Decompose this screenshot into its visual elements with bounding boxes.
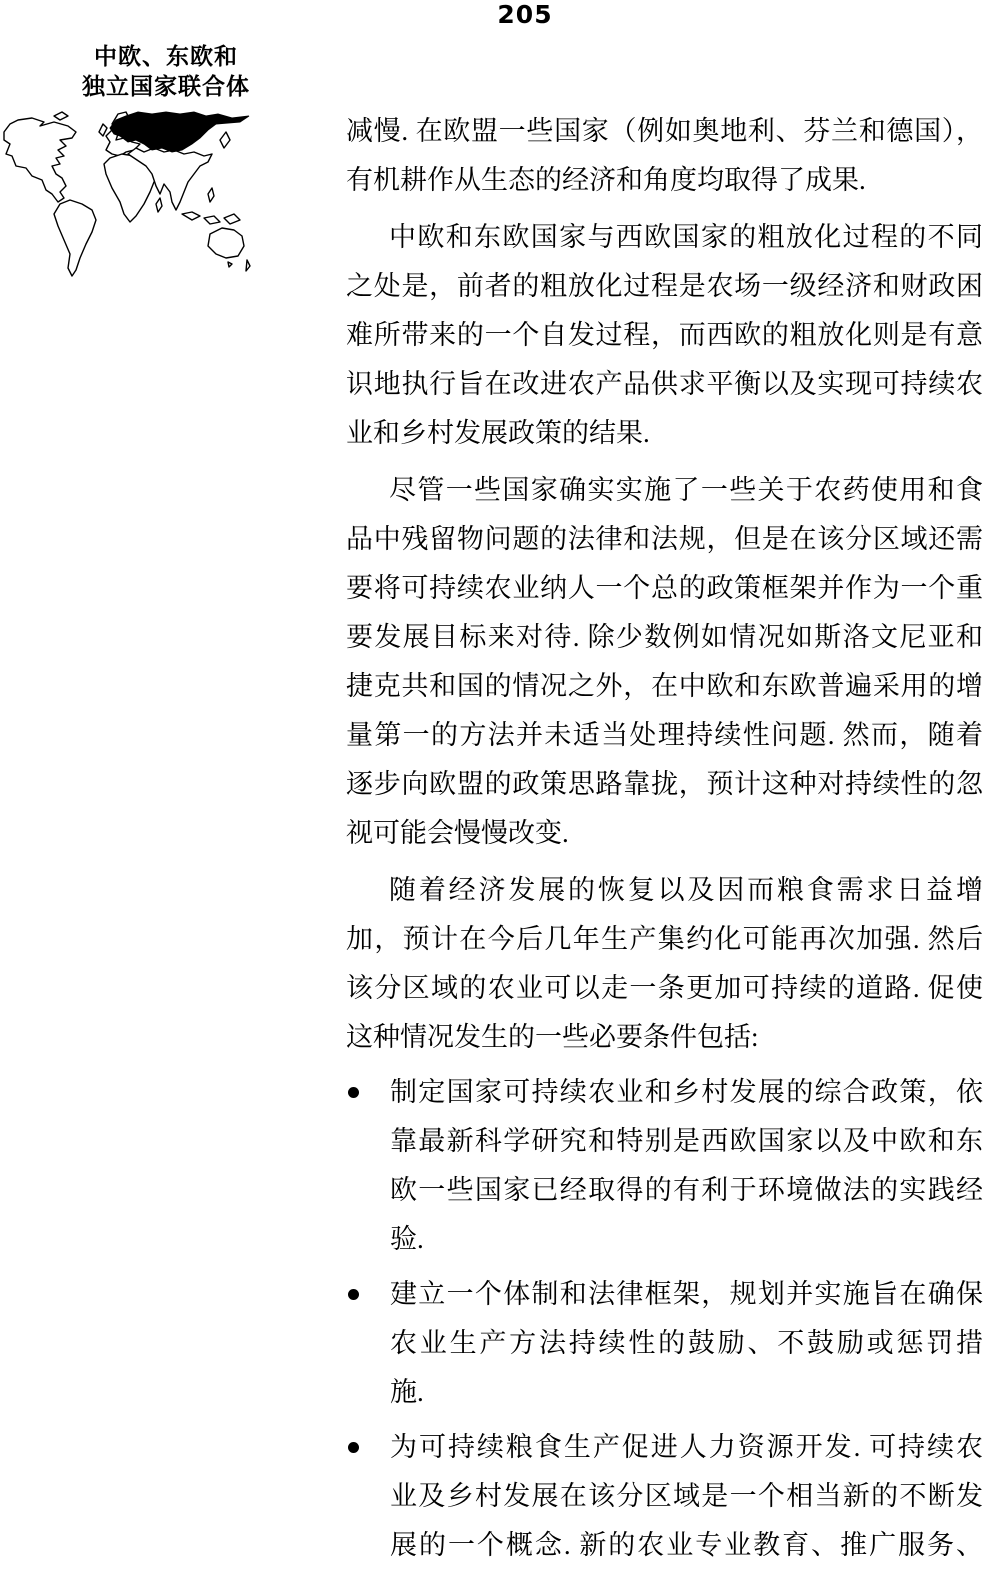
- text-line: 要发展目标来对待. 除少数例如情况如斯洛文尼亚和: [346, 613, 983, 662]
- text-line: 农业生产方法持续性的鼓励、不鼓励或惩罚措: [390, 1319, 983, 1368]
- region-heading-line1: 中欧、东欧和: [40, 42, 292, 72]
- map-indonesia-1: [182, 212, 200, 220]
- bullet-item-1: 制定国家可持续农业和乡村发展的综合政策，依 靠最新科学研究和特别是西欧国家以及中…: [346, 1068, 983, 1264]
- body-text: 减慢. 在欧盟一些国家（例如奥地利、芬兰和德国）， 有机耕作从生态的经济和角度均…: [346, 107, 983, 1570]
- text-line: 施.: [390, 1368, 983, 1417]
- map-indonesia-2: [204, 216, 220, 224]
- paragraph-1: 减慢. 在欧盟一些国家（例如奥地利、芬兰和德国）， 有机耕作从生态的经济和角度均…: [346, 107, 983, 205]
- text-line: 为可持续粮食生产促进人力资源开发. 可持续农: [390, 1423, 983, 1472]
- map-japan: [220, 132, 230, 148]
- text-line: 捷克共和国的情况之外，在中欧和东欧普遍采用的增: [346, 662, 983, 711]
- text-line: 减慢. 在欧盟一些国家（例如奥地利、芬兰和德国），: [346, 107, 983, 156]
- map-north-america: [4, 118, 76, 202]
- text-line: 难所带来的一个自发过程，而西欧的粗放化则是有意: [346, 311, 983, 360]
- text-line: 业和乡村发展政策的结果.: [346, 409, 983, 458]
- map-greenland: [54, 112, 68, 120]
- page-number: 205: [455, 0, 595, 29]
- map-philippines: [208, 188, 214, 202]
- map-new-zealand: [246, 260, 250, 271]
- text-line: 有机耕作从生态的经济和角度均取得了成果.: [346, 156, 983, 205]
- text-line: 要将可持续农业纳人一个总的政策框架并作为一个重: [346, 564, 983, 613]
- text-line: 识地执行旨在改进农产品供求平衡以及实现可持续农: [346, 360, 983, 409]
- text-line: 该分区域的农业可以走一条更加可持续的道路. 促使: [346, 964, 983, 1013]
- region-heading: 中欧、东欧和 独立国家联合体: [40, 42, 292, 102]
- map-australia: [208, 228, 244, 258]
- text-line: 中欧和东欧国家与西欧国家的粗放化过程的不同: [346, 213, 983, 262]
- map-tasmania: [228, 262, 232, 267]
- text-line: 量第一的方法并未适当处理持续性问题. 然而，随着: [346, 711, 983, 760]
- text-line: 制定国家可持续农业和乡村发展的综合政策，依: [390, 1068, 983, 1117]
- map-madagascar: [156, 198, 162, 212]
- text-line: 尽管一些国家确实实施了一些关于农药使用和食: [346, 466, 983, 515]
- map-uk: [99, 124, 107, 136]
- text-line: 建立一个体制和法律框架，规划并实施旨在确保: [390, 1270, 983, 1319]
- bullet-item-2: 建立一个体制和法律框架，规划并实施旨在确保 农业生产方法持续性的鼓励、不鼓励或惩…: [346, 1270, 983, 1417]
- paragraph-3: 尽管一些国家确实实施了一些关于农药使用和食 品中残留物问题的法律和法规，但是在该…: [346, 466, 983, 858]
- text-line: 展的一个概念. 新的农业专业教育、推广服务、: [390, 1521, 983, 1570]
- text-line: 品中残留物问题的法律和法规，但是在该分区域还需: [346, 515, 983, 564]
- map-south-america: [54, 200, 96, 276]
- paragraph-2: 中欧和东欧国家与西欧国家的粗放化过程的不同 之处是，前者的粗放化过程是农场一级经…: [346, 213, 983, 458]
- text-line: 业及乡村发展在该分区域是一个相当新的不断发: [390, 1472, 983, 1521]
- paragraph-4: 随着经济发展的恢复以及因而粮食需求日益增 加，预计在今后几年生产集约化可能再次加…: [346, 866, 983, 1062]
- text-line: 加，预计在今后几年生产集约化可能再次加强. 然后: [346, 915, 983, 964]
- text-line: 这种情况发生的一些必要条件包括:: [346, 1013, 983, 1062]
- bullet-icon: [348, 1289, 359, 1300]
- text-line: 验.: [390, 1215, 983, 1264]
- world-map-icon: [2, 110, 252, 280]
- map-new-guinea: [224, 214, 240, 224]
- region-heading-line2: 独立国家联合体: [40, 72, 292, 102]
- bullet-item-3: 为可持续粮食生产促进人力资源开发. 可持续农 业及乡村发展在该分区域是一个相当新…: [346, 1423, 983, 1570]
- text-line: 随着经济发展的恢复以及因而粮食需求日益增: [346, 866, 983, 915]
- bullet-icon: [348, 1442, 359, 1453]
- text-line: 视可能会慢慢改变.: [346, 809, 983, 858]
- text-line: 欧一些国家已经取得的有利于环境做法的实践经: [390, 1166, 983, 1215]
- text-line: 逐步向欧盟的政策思路靠拢，预计这种对持续性的忽: [346, 760, 983, 809]
- bullet-icon: [348, 1087, 359, 1098]
- text-line: 之处是，前者的粗放化过程是农场一级经济和财政困: [346, 262, 983, 311]
- text-line: 靠最新科学研究和特别是西欧国家以及中欧和东: [390, 1117, 983, 1166]
